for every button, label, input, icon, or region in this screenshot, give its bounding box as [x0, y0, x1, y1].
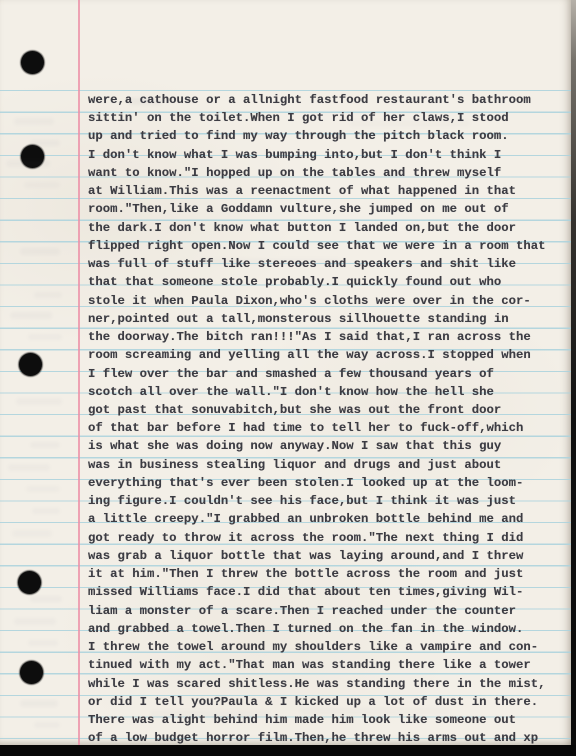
typed-line: sittin' on the toilet.When I got rid of …: [88, 109, 558, 127]
typed-line: room screaming and yelling all the way a…: [88, 346, 558, 364]
typed-line: ner,pointed out a tall,monsterous sillho…: [88, 310, 558, 328]
typed-line: was in business stealing liquor and drug…: [88, 456, 558, 474]
typed-line: was full of stuff like stereoes and spea…: [88, 255, 558, 273]
typed-line: the dark.I don't know what button I land…: [88, 219, 558, 237]
typed-line: of that bar before I had time to tell he…: [88, 419, 558, 437]
typed-line: at William.This was a reenactment of wha…: [88, 182, 558, 200]
scan-edge-right: [571, 0, 576, 756]
typed-line: or did I tell you?Paula & I kicked up a …: [88, 693, 558, 711]
typed-line: missed Williams face.I did that about te…: [88, 583, 558, 601]
typed-line: it at him."Then I threw the bottle acros…: [88, 565, 558, 583]
typed-line: want to know."I hopped up on the tables …: [88, 164, 558, 182]
typed-line: I threw the towel around my shoulders li…: [88, 638, 558, 656]
typed-line: is what she was doing now anyway.Now I s…: [88, 437, 558, 455]
typed-line: scotch all over the wall."I don't know h…: [88, 383, 558, 401]
typed-line: were,a cathouse or a allnight fastfood r…: [88, 91, 558, 109]
punch-hole: [21, 145, 44, 168]
typed-line: I don't know what I was bumping into,but…: [88, 146, 558, 164]
typed-line: got ready to throw it across the room."T…: [88, 529, 558, 547]
typed-line: I flew over the bar and smashed a few th…: [88, 365, 558, 383]
typed-line: everything that's ever been stolen.I loo…: [88, 474, 558, 492]
typed-line: and grabbed a towel.Then I turned on the…: [88, 620, 558, 638]
typed-line: liam a monster of a scare.Then I reached…: [88, 602, 558, 620]
typed-line: got past that sonuvabitch,but she was ou…: [88, 401, 558, 419]
margin-line: [78, 0, 80, 745]
typed-line: the doorway.The bitch ran!!!"As I said t…: [88, 328, 558, 346]
typed-line: a little creepy."I grabbed an unbroken b…: [88, 510, 558, 528]
typed-line: flipped right open.Now I could see that …: [88, 237, 558, 255]
typed-line: tinued with my act."That man was standin…: [88, 656, 558, 674]
punch-hole: [20, 661, 43, 684]
typed-line: There was alight behind him made him loo…: [88, 711, 558, 729]
typed-line: was grab a liquor bottle that was laying…: [88, 547, 558, 565]
typed-line: that that someone stole probably.I quick…: [88, 273, 558, 291]
notebook-paper: were,a cathouse or a allnight fastfood r…: [0, 0, 571, 745]
typed-line: ing figure.I couldn't see his face,but I…: [88, 492, 558, 510]
typed-line: up and tried to find my way through the …: [88, 127, 558, 145]
scan-edge-bottom: [0, 745, 576, 756]
typed-line: room."Then,like a Goddamn vulture,she ju…: [88, 200, 558, 218]
typed-text-block: were,a cathouse or a allnight fastfood r…: [88, 91, 558, 747]
punch-hole: [18, 571, 41, 594]
punch-hole: [19, 353, 42, 376]
scanned-page: were,a cathouse or a allnight fastfood r…: [0, 0, 576, 756]
punch-hole: [21, 51, 44, 74]
typed-line: stole it when Paula Dixon,who's cloths w…: [88, 292, 558, 310]
typed-line: while I was scared shitless.He was stand…: [88, 675, 558, 693]
